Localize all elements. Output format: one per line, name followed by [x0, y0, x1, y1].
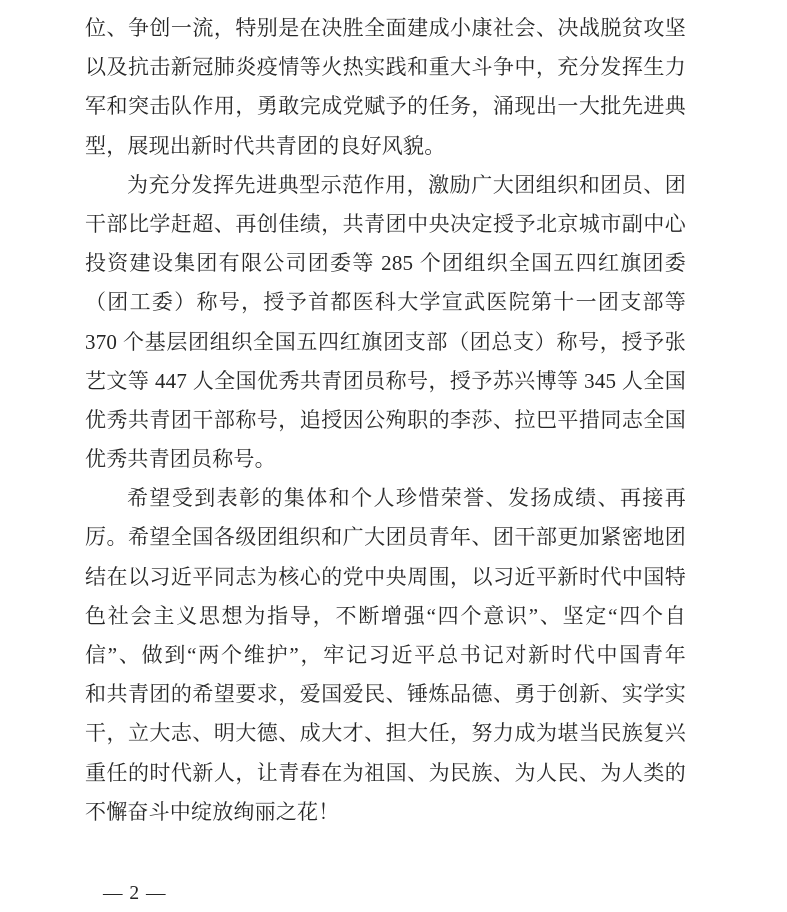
document-line: 干部比学赶超、再创佳绩，共青团中央决定授予北京城市副中心	[85, 205, 686, 244]
document-body-text: 位、争创一流，特别是在决胜全面建成小康社会、决战脱贫攻坚 以及抗击新冠肺炎疫情等…	[85, 9, 686, 832]
document-line: 投资建设集团有限公司团委等 285 个团组织全国五四红旗团委	[85, 244, 686, 283]
document-line: 为充分发挥先进典型示范作用，激励广大团组织和团员、团	[85, 166, 686, 205]
document-line: 信”、做到“两个维护”，牢记习近平总书记对新时代中国青年	[85, 636, 686, 675]
document-line: 型，展现出新时代共青团的良好风貌。	[85, 127, 686, 166]
document-line: 不懈奋斗中绽放绚丽之花！	[85, 793, 686, 832]
document-line: 和共青团的希望要求，爱国爱民、锤炼品德、勇于创新、实学实	[85, 675, 686, 714]
document-line: 结在以习近平同志为核心的党中央周围，以习近平新时代中国特	[85, 558, 686, 597]
document-line: 优秀共青团员称号。	[85, 440, 686, 479]
document-line: 重任的时代新人，让青春在为祖国、为民族、为人民、为人类的	[85, 754, 686, 793]
document-line: 干，立大志、明大德、成大才、担大任，努力成为堪当民族复兴	[85, 714, 686, 753]
page-number: — 2 —	[103, 882, 167, 906]
document-line: 370 个基层团组织全国五四红旗团支部（团总支）称号，授予张	[85, 323, 686, 362]
document-line: 军和突击队作用，勇敢完成党赋予的任务，涌现出一大批先进典	[85, 87, 686, 126]
document-page: 位、争创一流，特别是在决胜全面建成小康社会、决战脱贫攻坚 以及抗击新冠肺炎疫情等…	[0, 0, 787, 912]
document-line: 色社会主义思想为指导，不断增强“四个意识”、坚定“四个自	[85, 597, 686, 636]
document-line: 厉。希望全国各级团组织和广大团员青年、团干部更加紧密地团	[85, 518, 686, 557]
document-line: 艺文等 447 人全国优秀共青团员称号，授予苏兴博等 345 人全国	[85, 362, 686, 401]
document-line: 优秀共青团干部称号，追授因公殉职的李莎、拉巴平措同志全国	[85, 401, 686, 440]
document-line: 以及抗击新冠肺炎疫情等火热实践和重大斗争中，充分发挥生力	[85, 48, 686, 87]
document-line: 希望受到表彰的集体和个人珍惜荣誉、发扬成绩、再接再	[85, 479, 686, 518]
document-line: 位、争创一流，特别是在决胜全面建成小康社会、决战脱贫攻坚	[85, 9, 686, 48]
document-line: （团工委）称号，授予首都医科大学宣武医院第十一团支部等	[85, 283, 686, 322]
